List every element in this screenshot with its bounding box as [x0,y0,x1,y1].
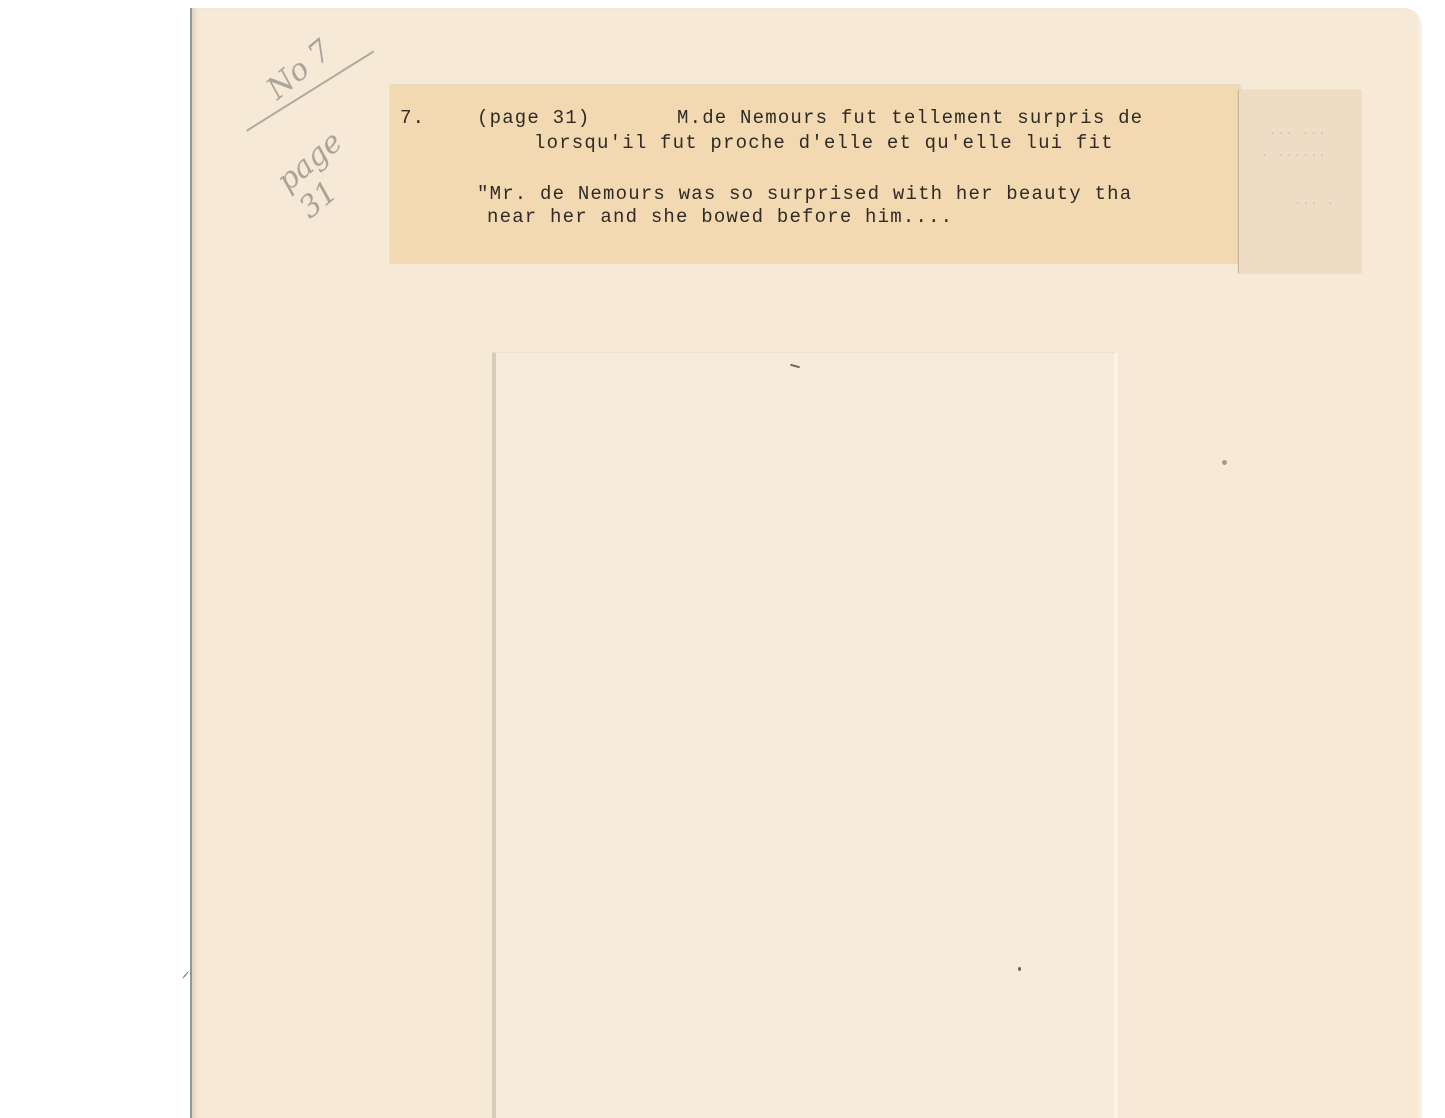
paper-speck [1018,967,1021,971]
label-english-line-1: "Mr. de Nemours was so surprised with he… [477,183,1132,205]
label-french-line-2: lorsqu'il fut proche d'elle et qu'elle l… [534,132,1114,154]
plate-impression [492,352,1118,1118]
label-french-line-1: M.de Nemours fut tellement surpris de [677,107,1143,129]
paper-speck [1222,460,1227,465]
tab-faded-text-3: ... . [1294,194,1335,208]
tab-faded-text-1: ... ... [1269,124,1326,138]
paper-speck [182,971,189,979]
caption-label: 7. (page 31) M.de Nemours fut tellement … [390,85,1240,263]
pencil-page: page 31 [270,95,407,226]
label-english-line-2: near her and she bowed before him.... [487,206,953,228]
pencil-annotation: No 7 page 31 [240,62,390,212]
tab-faded-text-2: . ...... [1261,146,1327,160]
label-number: 7. [400,107,425,129]
side-tab: ... ... . ...... ... . [1238,90,1361,273]
label-page-ref: (page 31) [477,107,590,129]
